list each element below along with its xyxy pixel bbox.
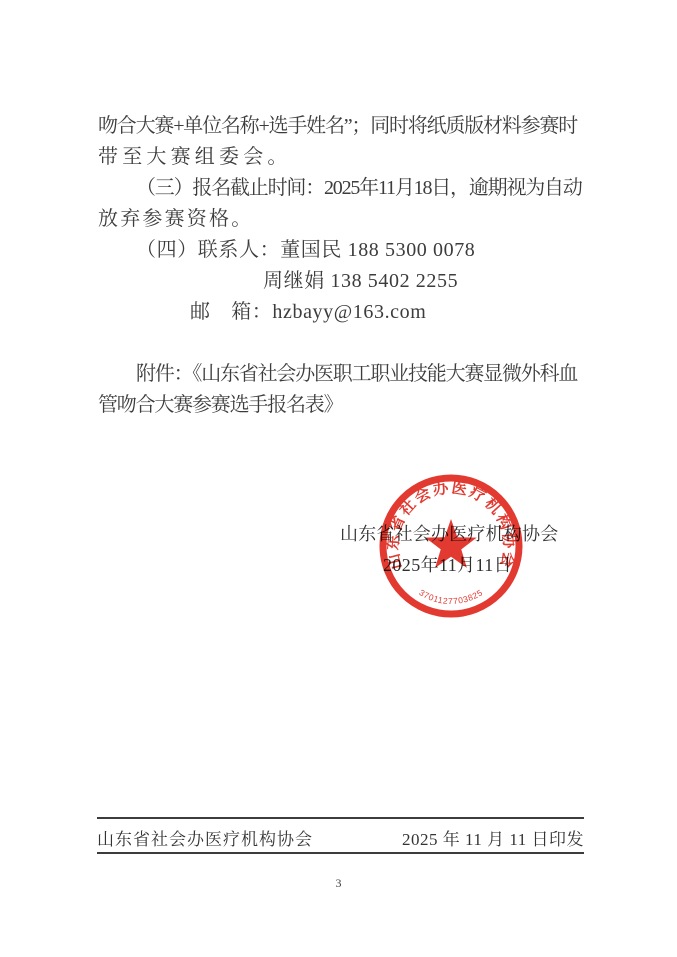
attachment-line: 附件：《山东省社会办医职工职业技能大赛显微外科血 (98, 359, 586, 390)
body-line: （三）报名截止时间：2025年11月18日，逾期视为自动 (98, 173, 586, 204)
attachment-line: 管吻合大赛参赛选手报名表》 (98, 390, 586, 421)
body-line: 放弃参赛资格。 (98, 204, 586, 235)
footer-print-date: 2025 年 11 月 11 日印发 (402, 825, 584, 850)
attachment-block: 附件：《山东省社会办医职工职业技能大赛显微外科血 管吻合大赛参赛选手报名表》 (98, 359, 586, 421)
body-line: 带至大赛组委会。 (98, 142, 586, 173)
footer-issuer: 山东省社会办医疗机构协会 (97, 825, 313, 850)
body-line: 邮 箱：hzbayy@163.com (98, 297, 586, 328)
page-number: 3 (0, 876, 677, 891)
document-page: 吻合大赛+单位名称+选手姓名”；同时将纸质版材料参赛时 带至大赛组委会。 （三）… (0, 0, 677, 957)
body-line: 周继娟 138 5402 2255 (98, 266, 586, 297)
seal-code: 3701127703825 (417, 587, 484, 606)
seal-star-icon (425, 519, 476, 568)
svg-text:3701127703825: 3701127703825 (417, 587, 484, 606)
document-body: 吻合大赛+单位名称+选手姓名”；同时将纸质版材料参赛时 带至大赛组委会。 （三）… (98, 111, 586, 421)
footer-divider-bottom (97, 852, 584, 854)
body-line: 吻合大赛+单位名称+选手姓名”；同时将纸质版材料参赛时 (98, 111, 586, 142)
official-seal: 山东省社会办医疗机构协会 3701127703825 (371, 466, 531, 626)
body-line: （四）联系人：董国民 188 5300 0078 (98, 235, 586, 266)
footer-divider-top (97, 817, 584, 819)
footer: 山东省社会办医疗机构协会 2025 年 11 月 11 日印发 (97, 825, 584, 850)
